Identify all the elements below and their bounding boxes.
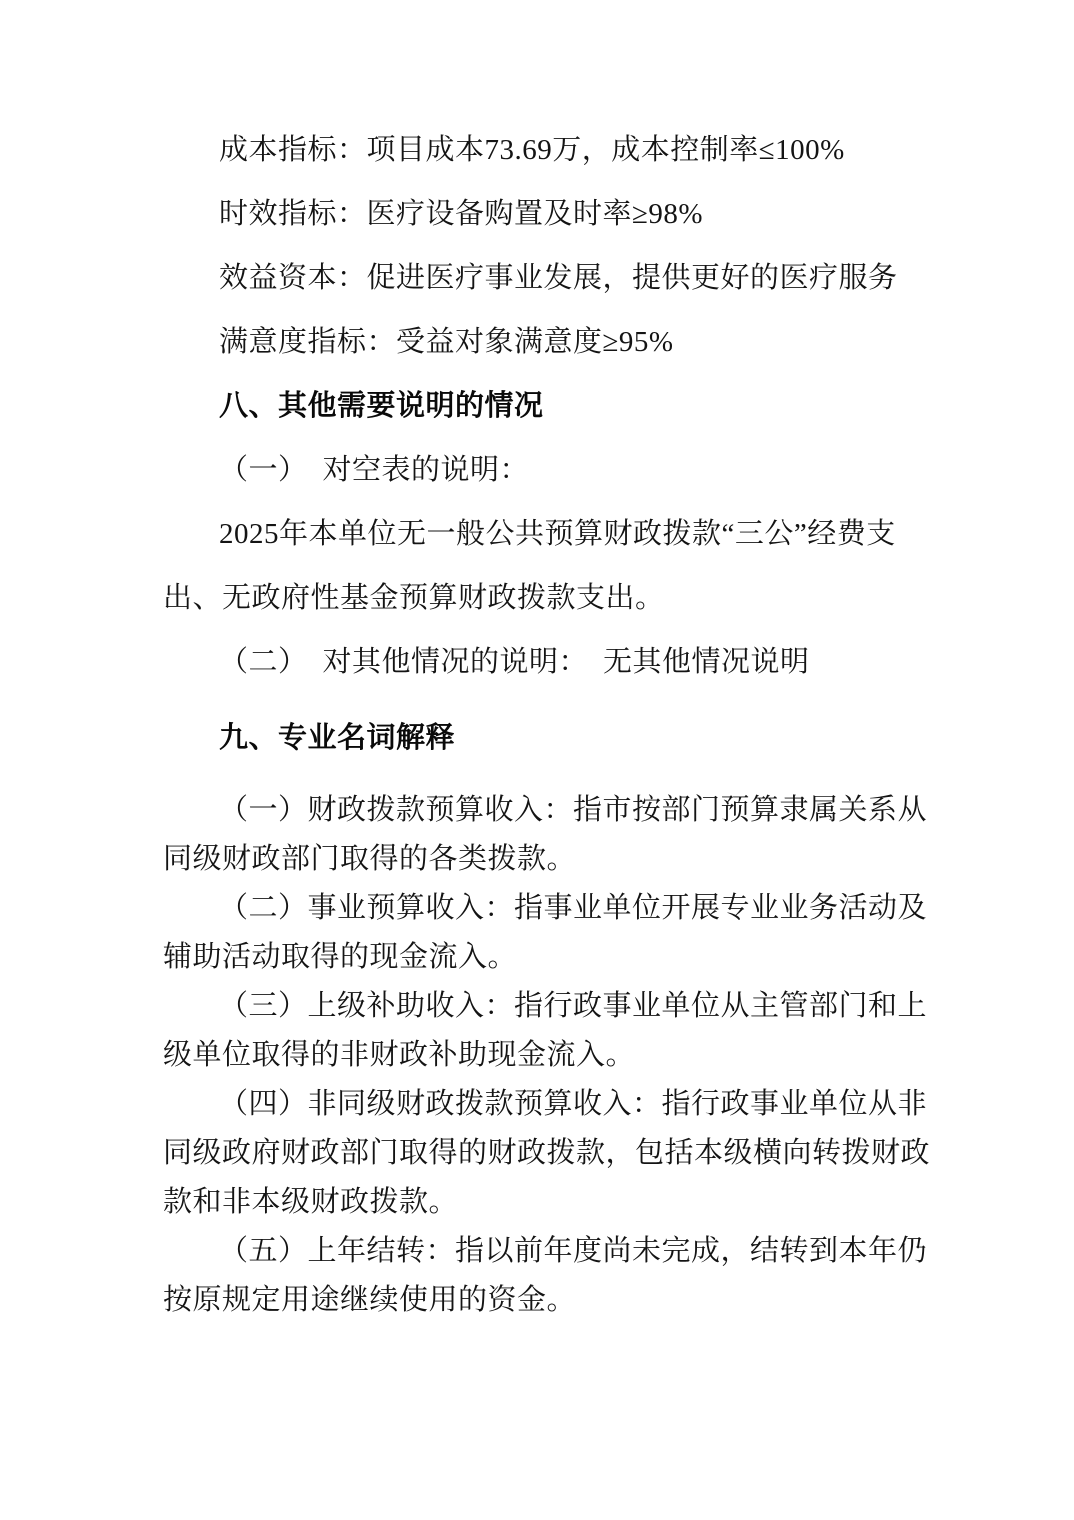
terminology-section: （一）财政拨款预算收入：指市按部门预算隶属关系从 同级财政部门取得的各类拨款。 … [163, 786, 913, 1325]
term-line: 按原规定用途继续使用的资金。 [163, 1276, 913, 1325]
section-nine-heading: 九、专业名词解释 [163, 706, 913, 770]
section-performance-and-notes: 成本指标：项目成本73.69万，成本控制率≤100% 时效指标：医疗设备购置及时… [163, 118, 913, 770]
section-eight-heading: 八、其他需要说明的情况 [163, 374, 913, 438]
term-superior-subsidy-income: （三）上级补助收入：指行政事业单位从主管部门和上 级单位取得的非财政补助现金流入… [163, 982, 913, 1080]
term-line: （一）财政拨款预算收入：指市按部门预算隶属关系从 [163, 786, 913, 835]
empty-table-note-body-line-1: 2025年本单位无一般公共预算财政拨款“三公”经费支 [163, 502, 913, 566]
term-line: （四）非同级财政拨款预算收入：指行政事业单位从非 [163, 1080, 913, 1129]
benefit-indicator-line: 效益资本：促进医疗事业发展，提供更好的医疗服务 [163, 246, 913, 310]
term-line: 同级政府财政部门取得的财政拨款，包括本级横向转拨财政 [163, 1129, 913, 1178]
empty-table-note-title: （一） 对空表的说明： [163, 438, 913, 502]
empty-table-note-body-line-2: 出、无政府性基金预算财政拨款支出。 [163, 566, 913, 630]
term-carryover-from-previous-year: （五）上年结转：指以前年度尚未完成，结转到本年仍 按原规定用途继续使用的资金。 [163, 1227, 913, 1325]
cost-indicator-line: 成本指标：项目成本73.69万，成本控制率≤100% [163, 118, 913, 182]
term-line: （五）上年结转：指以前年度尚未完成，结转到本年仍 [163, 1227, 913, 1276]
term-non-same-level-appropriation-income: （四）非同级财政拨款预算收入：指行政事业单位从非 同级政府财政部门取得的财政拨款… [163, 1080, 913, 1227]
term-line: 同级财政部门取得的各类拨款。 [163, 835, 913, 884]
other-situations-note-line: （二） 对其他情况的说明： 无其他情况说明 [163, 630, 913, 694]
term-line: 款和非本级财政拨款。 [163, 1178, 913, 1227]
term-line: 级单位取得的非财政补助现金流入。 [163, 1031, 913, 1080]
term-fiscal-appropriation-income: （一）财政拨款预算收入：指市按部门预算隶属关系从 同级财政部门取得的各类拨款。 [163, 786, 913, 884]
satisfaction-indicator-line: 满意度指标：受益对象满意度≥95% [163, 310, 913, 374]
term-line: （三）上级补助收入：指行政事业单位从主管部门和上 [163, 982, 913, 1031]
document-content: 成本指标：项目成本73.69万，成本控制率≤100% 时效指标：医疗设备购置及时… [163, 118, 913, 1325]
term-institution-budget-income: （二）事业预算收入：指事业单位开展专业业务活动及 辅助活动取得的现金流入。 [163, 884, 913, 982]
timeliness-indicator-line: 时效指标：医疗设备购置及时率≥98% [163, 182, 913, 246]
term-line: （二）事业预算收入：指事业单位开展专业业务活动及 [163, 884, 913, 933]
document-page: 成本指标：项目成本73.69万，成本控制率≤100% 时效指标：医疗设备购置及时… [0, 0, 1074, 1520]
term-line: 辅助活动取得的现金流入。 [163, 933, 913, 982]
